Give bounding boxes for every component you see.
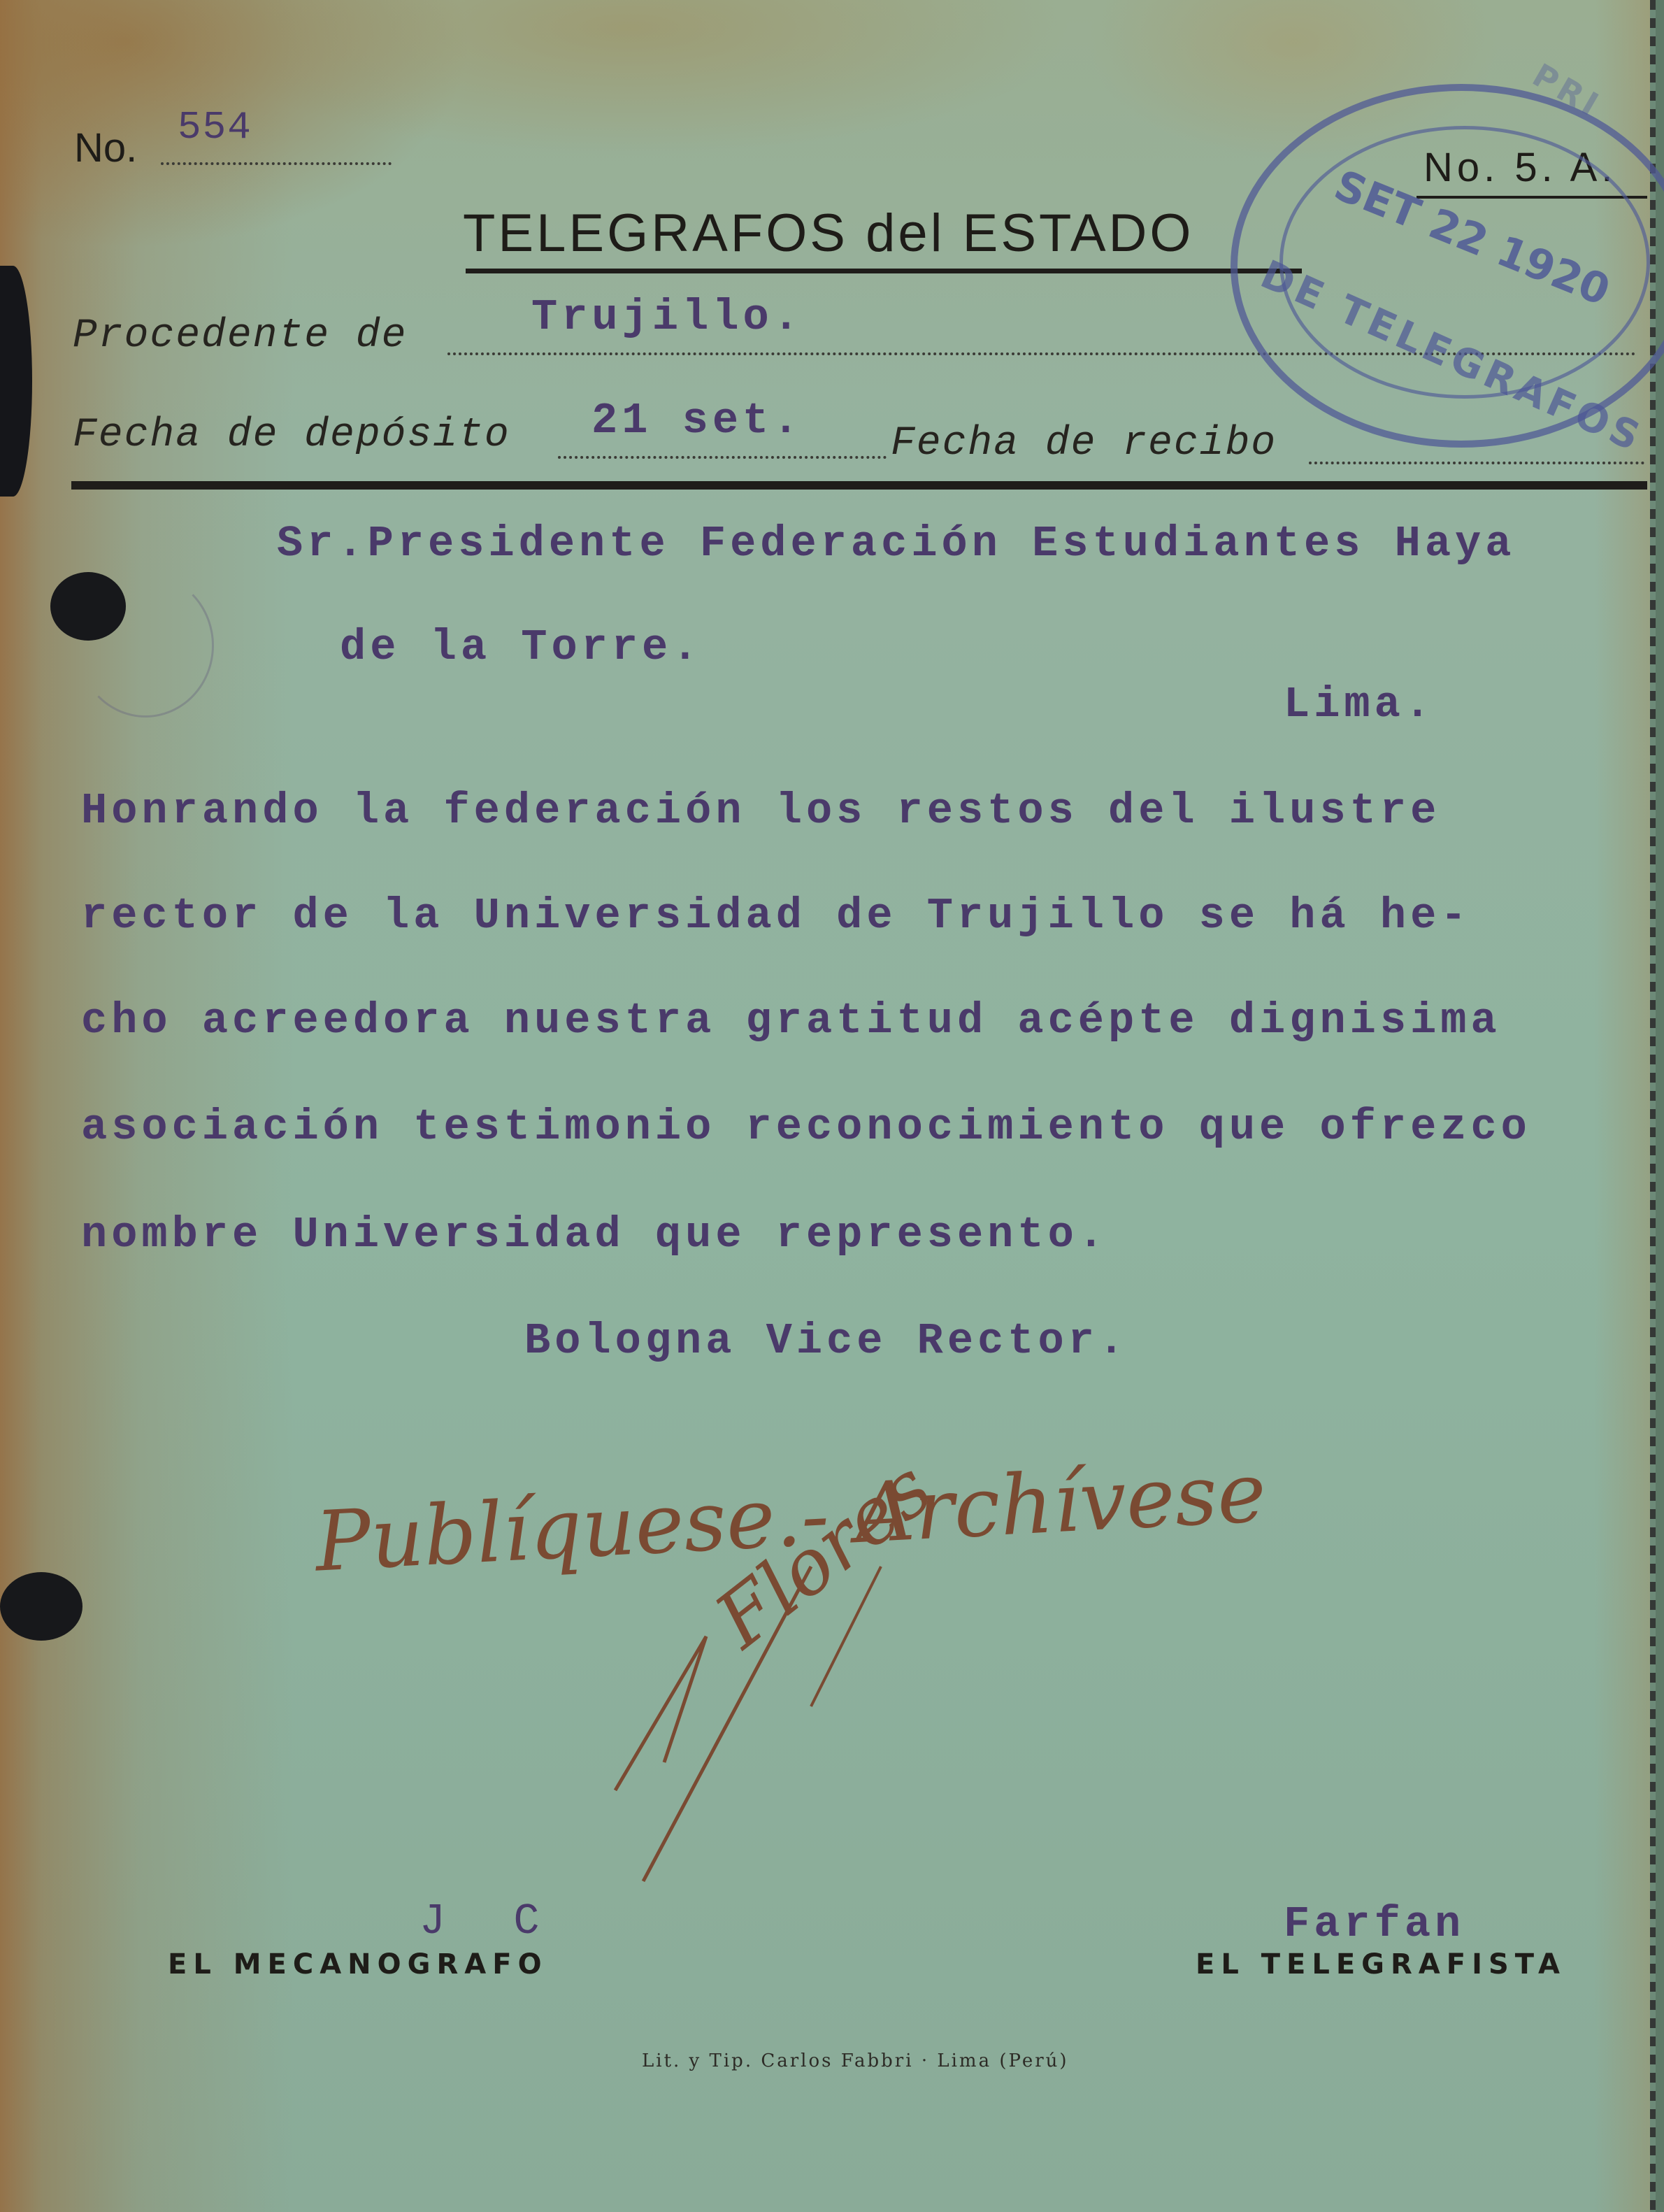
number-field-line xyxy=(161,162,392,165)
origin-value: Trujillo. xyxy=(531,292,803,342)
destination: Lima. xyxy=(1284,680,1435,729)
title-underline xyxy=(466,269,1302,273)
sender-signature: Bologna Vice Rector. xyxy=(524,1316,1128,1366)
receipt-date-field-line xyxy=(1309,462,1644,464)
deposit-date-field-line xyxy=(558,456,887,459)
postmark-stamp: SET 22 1920 DE TELEGRAFOS PRI xyxy=(1217,42,1664,434)
header-separator xyxy=(71,481,1647,490)
page-title: TELEGRAFOS del ESTADO xyxy=(463,203,1194,264)
pencil-mark xyxy=(77,573,214,718)
deposit-date-value: 21 set. xyxy=(591,396,803,445)
telegraphist-label: EL TELEGRAFISTA xyxy=(1196,1948,1566,1981)
signature-flourish xyxy=(601,1553,895,1888)
addressee-line-2: de la Torre. xyxy=(340,622,702,672)
addressee-line-1: Sr.Presidente Federación Estudiantes Hay… xyxy=(277,519,1515,569)
printer-credit: Lit. y Tip. Carlos Fabbri · Lima (Perú) xyxy=(642,2050,1069,2071)
punch-hole-bottom xyxy=(0,1572,83,1641)
telegraphist-name: Farfan xyxy=(1284,1899,1465,1949)
body-line-3: cho acreedora nuestra gratitud acépte di… xyxy=(81,996,1501,1046)
origin-label: Procedente de xyxy=(73,313,407,359)
typist-label: EL MECANOGRAFO xyxy=(168,1948,548,1981)
number-label: No. xyxy=(74,124,137,171)
body-line-2: rector de la Universidad de Trujillo se … xyxy=(81,891,1470,941)
body-line-5: nombre Universidad que represento. xyxy=(81,1210,1108,1260)
body-line-1: Honrando la federación los restos del il… xyxy=(81,786,1440,836)
typist-initials: J C xyxy=(419,1897,561,1946)
body-line-4: asociación testimonio reconocimiento que… xyxy=(81,1102,1531,1152)
deposit-date-label: Fecha de depósito xyxy=(73,413,510,458)
number-value: 554 xyxy=(178,105,252,150)
